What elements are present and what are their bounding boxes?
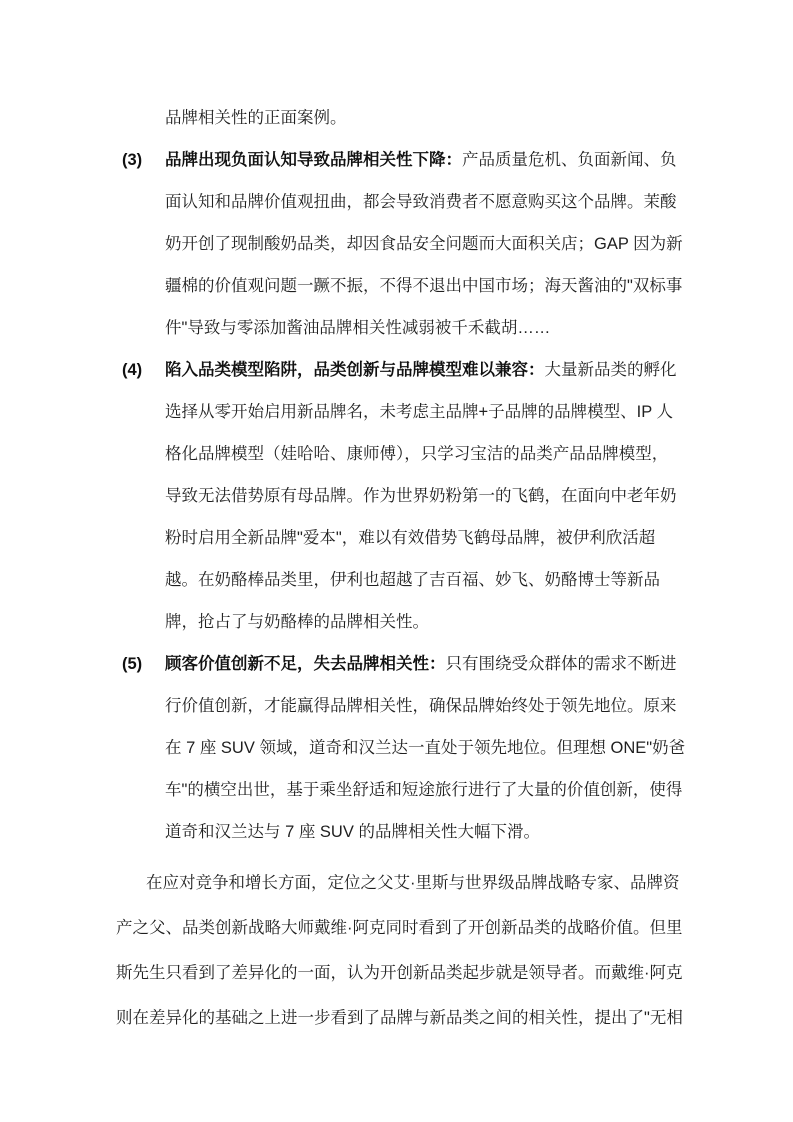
text-line: 产之父、品类创新战略大师戴维·阿克同时看到了开创新品类的战略价值。但里: [116, 906, 693, 951]
text-line: 行价值创新，才能赢得品牌相关性，确保品牌始终处于领先地位。原来: [165, 685, 693, 727]
item-5-heading: 顾客价值创新不足，失去品牌相关性：: [165, 655, 446, 673]
text-line: 品牌出现负面认知导致品牌相关性下降：产品质量危机、负面新闻、负: [165, 139, 693, 181]
list-item-4: (4) 陷入品类模型陷阱，品类创新与品牌模型难以兼容：大量新品类的孵化 选择从零…: [122, 349, 693, 643]
closing-paragraph: 在应对竞争和增长方面，定位之父艾·里斯与世界级品牌战略专家、品牌资 产之父、品类…: [116, 861, 693, 1041]
text-run: 产品质量危机、负面新闻、负: [462, 151, 677, 169]
text-line: 疆棉的价值观问题一蹶不振，不得不退出中国市场；海天酱油的"双标事: [165, 265, 693, 307]
text-line: 导致无法借势原有母品牌。作为世界奶粉第一的飞鹤，在面向中老年奶: [165, 475, 693, 517]
text-line: 越。在奶酪棒品类里，伊利也超越了吉百福、妙飞、奶酪博士等新品: [165, 559, 693, 601]
text-line: 奶开创了现制酸奶品类，却因食品安全问题而大面积关店；GAP 因为新: [165, 223, 693, 265]
paragraph-continuation-line: 品牌相关性的正面案例。: [165, 97, 693, 139]
text-run: 大量新品类的孵化: [545, 361, 677, 379]
list-marker-5: (5): [122, 643, 142, 685]
text-run: 只有围绕受众群体的需求不断进: [446, 655, 677, 673]
text-line: 在应对竞争和增长方面，定位之父艾·里斯与世界级品牌战略专家、品牌资: [116, 861, 693, 906]
text-line: 斯先生只看到了差异化的一面，认为开创新品类起步就是领导者。而戴维·阿克: [116, 951, 693, 996]
item-4-heading: 陷入品类模型陷阱，品类创新与品牌模型难以兼容：: [165, 361, 545, 379]
text-line: 则在差异化的基础之上进一步看到了品牌与新品类之间的相关性，提出了"无相: [116, 996, 693, 1041]
list-item-5: (5) 顾客价值创新不足，失去品牌相关性：只有围绕受众群体的需求不断进 行价值创…: [122, 643, 693, 853]
text-line: 粉时启用全新品牌"爱本"，难以有效借势飞鹤母品牌，被伊利欣活超: [165, 517, 693, 559]
text-line: 顾客价值创新不足，失去品牌相关性：只有围绕受众群体的需求不断进: [165, 643, 693, 685]
text-line: 道奇和汉兰达与 7 座 SUV 的品牌相关性大幅下滑。: [165, 811, 693, 853]
document-page: 品牌相关性的正面案例。 (3) 品牌出现负面认知导致品牌相关性下降：产品质量危机…: [0, 0, 793, 1122]
text-line: 件"导致与零添加酱油品牌相关性减弱被千禾截胡……: [165, 307, 693, 349]
text-line: 在 7 座 SUV 领域，道奇和汉兰达一直处于领先地位。但理想 ONE"奶爸: [165, 727, 693, 769]
text-line: 格化品牌模型（娃哈哈、康师傅），只学习宝洁的品类产品品牌模型，: [165, 433, 693, 475]
text-line: 选择从零开始启用新品牌名，未考虑主品牌+子品牌的品牌模型、IP 人: [165, 391, 693, 433]
item-3-heading: 品牌出现负面认知导致品牌相关性下降：: [165, 151, 462, 169]
text-line: 车"的横空出世，基于乘坐舒适和短途旅行进行了大量的价值创新，使得: [165, 769, 693, 811]
text-line: 陷入品类模型陷阱，品类创新与品牌模型难以兼容：大量新品类的孵化: [165, 349, 693, 391]
text-line: 面认知和品牌价值观扭曲，都会导致消费者不愿意购买这个品牌。茉酸: [165, 181, 693, 223]
list-item-3: (3) 品牌出现负面认知导致品牌相关性下降：产品质量危机、负面新闻、负 面认知和…: [122, 139, 693, 349]
list-marker-3: (3): [122, 139, 142, 181]
list-marker-4: (4): [122, 349, 142, 391]
text-line: 牌，抢占了与奶酪棒的品牌相关性。: [165, 601, 693, 643]
